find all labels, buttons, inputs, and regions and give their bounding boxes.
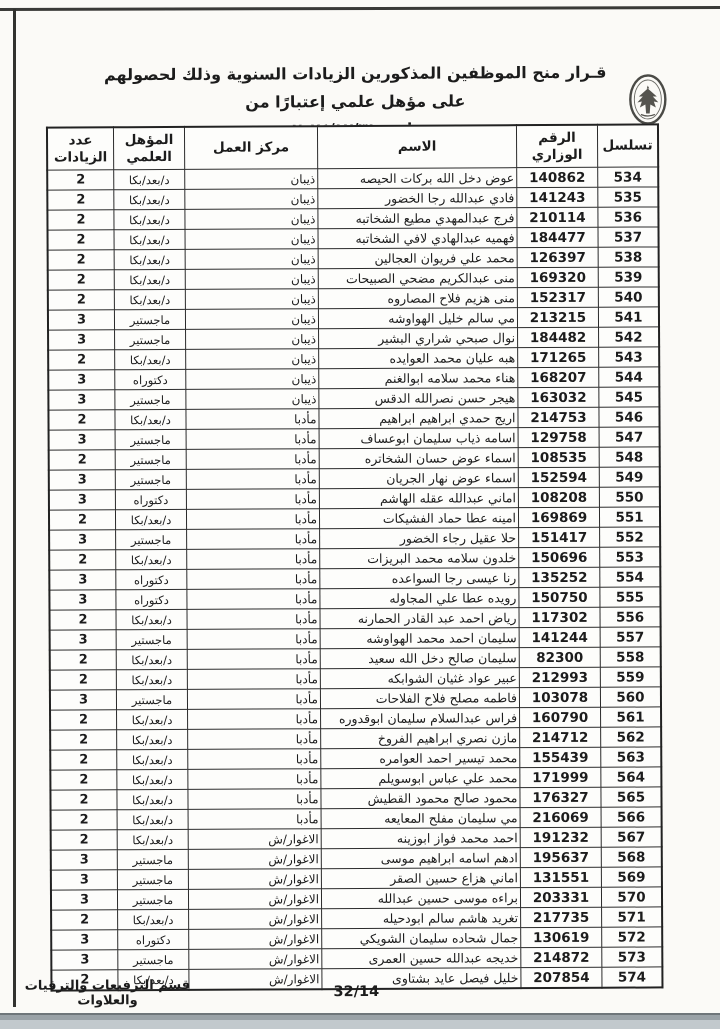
cell-serial: 552 [600,527,661,547]
cell-name: امينه عطا حماد الفشيكات [319,508,518,529]
cell-work-center: الاغوار/ش [188,889,321,910]
cell-serial: 551 [599,507,660,527]
cell-name: مي سالم خليل الهواوشه [318,308,517,329]
cell-qualification: ماجستير [115,449,186,469]
cell-name: محمد علي عباس ابوسويلم [321,768,520,789]
cell-ministry-number: 108208 [518,487,599,507]
cell-increments: 2 [48,290,115,310]
cell-work-center: ذيبان [185,189,318,210]
cell-work-center: مأدبا [186,409,319,430]
cell-work-center: مأدبا [188,749,321,770]
table-body: 534140862عوض دخل الله بركات الحيصهذيباند… [47,167,662,991]
cell-increments: 2 [50,770,117,790]
cell-work-center: مأدبا [186,449,319,470]
cell-serial: 572 [602,927,663,947]
cell-serial: 555 [600,587,661,607]
cell-increments: 3 [48,370,115,390]
cell-increments: 3 [49,430,116,450]
cell-ministry-number: 212993 [519,667,600,687]
cell-ministry-number: 171265 [518,347,599,367]
cell-name: هبه عليان محمد العوايده [319,348,518,369]
cell-serial: 550 [599,487,660,507]
cell-ministry-number: 160790 [520,707,601,727]
cell-name: مازن نصري ابراهيم الفروخ [321,728,520,749]
cell-name: خلدون سلامه محمد البريزات [320,548,519,569]
cell-ministry-number: 82300 [519,647,600,667]
cell-work-center: مأدبا [186,509,319,530]
cell-name: اماني هزاع حسين الصقر [321,868,520,889]
cell-ministry-number: 135252 [519,567,600,587]
cell-name: اريج حمدي ابراهيم ابراهيم [319,408,518,429]
cell-ministry-number: 184482 [518,327,599,347]
cell-qualification: د/بعد/بكا [114,229,185,249]
cell-serial: 560 [600,687,661,707]
cell-work-center: مأدبا [187,609,320,630]
cell-work-center: مأدبا [186,489,319,510]
cell-ministry-number: 151417 [519,527,600,547]
cell-work-center: الاغوار/ش [189,929,322,950]
cell-serial: 537 [598,227,659,247]
cell-qualification: ماجستير [117,849,188,869]
cell-serial: 540 [598,287,659,307]
cell-serial: 541 [598,307,659,327]
cell-serial: 545 [599,387,660,407]
cell-qualification: د/بعد/بكا [117,789,188,809]
cell-ministry-number: 214753 [518,407,599,427]
cell-increments: 3 [48,390,115,410]
cell-ministry-number: 152594 [518,467,599,487]
cell-increments: 3 [48,330,115,350]
cell-increments: 2 [47,210,114,230]
cell-qualification: دكتوراه [115,489,186,509]
column-header-serial: تسلسل [597,124,658,167]
cell-increments: 2 [48,250,115,270]
cell-name: رنا عيسى رجا السواعده [320,568,519,589]
cell-work-center: مأدبا [187,549,320,570]
cell-ministry-number: 191232 [520,827,601,847]
cell-name: محمود صالح محمود القطيش [321,788,520,809]
cell-qualification: ماجستير [114,309,185,329]
cell-qualification: د/بعد/بكا [114,169,185,189]
cell-serial: 565 [601,787,662,807]
cell-name: فهميه عبدالهادي لافي الشخاتبه [318,228,517,249]
cell-ministry-number: 203331 [520,887,601,907]
page-number: 32/14 [333,984,379,1000]
cell-ministry-number: 216069 [520,807,601,827]
cell-increments: 3 [50,690,117,710]
cell-name: هناء محمد سلامه ابوالغنم [319,368,518,389]
cell-serial: 571 [602,907,663,927]
cell-name: عوض دخل الله بركات الحيصه [318,168,517,189]
cell-name: فادي عبدالله رجا الخضور [318,188,517,209]
cell-serial: 548 [599,447,660,467]
cell-increments: 2 [51,910,118,930]
cell-serial: 536 [598,207,659,227]
cell-work-center: الاغوار/ش [188,849,321,870]
cell-serial: 549 [599,467,660,487]
cell-name: منى هزيم فلاح المصاروه [318,288,517,309]
cell-work-center: مأدبا [187,589,320,610]
cell-ministry-number: 103078 [519,687,600,707]
cell-work-center: الاغوار/ش [189,909,322,930]
cell-ministry-number: 130619 [521,927,602,947]
cell-ministry-number: 117302 [519,607,600,627]
cell-work-center: مأدبا [188,729,321,750]
cell-ministry-number: 155439 [520,747,601,767]
cell-serial: 564 [601,767,662,787]
table-header-row: تسلسل الرقم الوزاري الاسم مركز العمل الم… [47,124,658,170]
column-header-ministry-number: الرقم الوزاري [516,125,597,168]
cell-qualification: ماجستير [116,629,187,649]
cell-qualification: د/بعد/بكا [114,209,185,229]
cell-increments: 3 [51,950,118,970]
cell-qualification: ماجستير [118,949,189,969]
cell-work-center: مأدبا [187,529,320,550]
cell-qualification: دكتوراه [118,929,189,949]
cell-qualification: د/بعد/بكا [114,189,185,209]
cell-qualification: د/بعد/بكا [116,649,187,669]
cell-increments: 3 [51,870,118,890]
cell-qualification: د/بعد/بكا [117,709,188,729]
cell-qualification: د/بعد/بكا [115,349,186,369]
cell-qualification: د/بعد/بكا [115,409,186,429]
cell-work-center: الاغوار/ش [188,869,321,890]
column-header-name: الاسم [317,125,516,169]
department-label: قسم الترفيعات والترقيات والعلاوات [7,978,207,1009]
cell-work-center: مأدبا [187,689,320,710]
cell-serial: 546 [599,407,660,427]
document-title-line1: قـرار منح الموظفين المذكورين الزيادات ال… [93,59,618,118]
cell-ministry-number: 152317 [517,287,598,307]
cell-ministry-number: 195637 [520,847,601,867]
cell-qualification: ماجستير [117,889,188,909]
cell-ministry-number: 217735 [521,907,602,927]
cell-increments: 2 [48,270,115,290]
cell-serial: 574 [602,967,663,988]
cell-name: محمد علي فريوان العجالين [318,248,517,269]
cell-increments: 2 [47,170,114,190]
cell-work-center: مأدبا [186,429,319,450]
cell-name: خديجه عبدالله حسين العمرى [322,948,521,969]
scan-edge-bottom [0,1013,720,1029]
cell-increments: 2 [49,550,116,570]
cell-ministry-number: 214872 [521,947,602,967]
table-header: تسلسل الرقم الوزاري الاسم مركز العمل الم… [47,124,658,170]
cell-work-center: ذيبان [185,209,318,230]
cell-serial: 563 [601,747,662,767]
cell-serial: 542 [599,327,660,347]
cell-name: نوال صبحي شراري البشير [319,328,518,349]
cell-ministry-number: 108535 [518,447,599,467]
cell-work-center: ذيبان [185,169,318,190]
cell-serial: 544 [599,367,660,387]
cell-work-center: مأدبا [187,649,320,670]
cell-serial: 562 [601,727,662,747]
cell-name: ادهم اسامه ابراهيم موسى [321,848,520,869]
column-header-qualification: المؤهل العلمي [113,127,184,170]
cell-qualification: دكتوراه [116,589,187,609]
column-header-work-center: مركز العمل [184,126,317,169]
cell-work-center: مأدبا [188,789,321,810]
cell-increments: 2 [49,450,116,470]
cell-ministry-number: 126397 [517,247,598,267]
cell-name: مي سليمان مفلح المعايعه [321,808,520,829]
cell-ministry-number: 214712 [520,727,601,747]
cell-ministry-number: 140862 [517,167,598,187]
cell-name: رويده عطا علي المجاوله [320,588,519,609]
cell-ministry-number: 176327 [520,787,601,807]
cell-work-center: الاغوار/ش [189,949,322,970]
cell-name: براءه موسى حسين عبدالله [321,888,520,909]
cell-name: هيجر حسن نصرالله الدقس [319,388,518,409]
cell-work-center: مأدبا [188,769,321,790]
cell-qualification: د/بعد/بكا [114,249,185,269]
cell-work-center: ذيبان [185,229,318,250]
cell-name: فراس عبدالسلام سليمان ابوقدوره [321,708,520,729]
cell-serial: 567 [601,827,662,847]
cell-name: جمال شحاده سليمان الشويكي [322,928,521,949]
cell-qualification: د/بعد/بكا [117,769,188,789]
cell-ministry-number: 184477 [517,227,598,247]
cell-serial: 558 [600,647,661,667]
cell-ministry-number: 131551 [520,867,601,887]
cell-serial: 573 [602,947,663,967]
cell-work-center: ذيبان [186,369,319,390]
cell-increments: 2 [49,610,116,630]
cell-name: فرج عبدالمهدي مطيع الشخاتبه [318,208,517,229]
cell-increments: 2 [47,190,114,210]
cell-increments: 2 [50,650,117,670]
cell-ministry-number: 141243 [517,187,598,207]
cell-increments: 2 [48,230,115,250]
cell-ministry-number: 150750 [519,587,600,607]
cell-qualification: د/بعد/بكا [116,669,187,689]
cell-serial: 568 [601,847,662,867]
cell-qualification: دكتوراه [115,369,186,389]
cell-serial: 556 [600,607,661,627]
cell-serial: 554 [600,567,661,587]
cell-name: حلا عقيل رجاء الخضور [320,528,519,549]
cell-serial: 566 [601,807,662,827]
cell-ministry-number: 163032 [518,387,599,407]
cell-ministry-number: 210114 [517,207,598,227]
cell-qualification: د/بعد/بكا [114,269,185,289]
cell-work-center: مأدبا [187,629,320,650]
cell-work-center: مأدبا [187,569,320,590]
cell-name: اسامه ذياب سليمان ابوعساف [319,428,518,449]
cell-increments: 3 [49,470,116,490]
cell-name: رياض احمد عبد القادر الحمارنه [320,608,519,629]
cell-serial: 538 [598,247,659,267]
cell-work-center: ذيبان [186,389,319,410]
cell-increments: 3 [48,310,115,330]
cell-increments: 2 [48,350,115,370]
cell-increments: 2 [50,750,117,770]
cell-work-center: مأدبا [188,709,321,730]
cell-ministry-number: 150696 [519,547,600,567]
document-page: قـرار منح الموظفين المذكورين الزيادات ال… [0,0,720,1029]
cell-qualification: د/بعد/بكا [117,749,188,769]
cell-increments: 3 [49,570,116,590]
cell-serial: 559 [600,667,661,687]
cell-work-center: الاغوار/ش [188,829,321,850]
cell-qualification: د/بعد/بكا [116,549,187,569]
cell-serial: 570 [601,887,662,907]
cell-name: سليمان احمد محمد الهواوشه [320,628,519,649]
cell-ministry-number: 213215 [517,307,598,327]
cell-increments: 2 [50,710,117,730]
cell-work-center: مأدبا [186,469,319,490]
cell-serial: 535 [598,187,659,207]
cell-qualification: دكتوراه [116,569,187,589]
cell-name: اماني عبدالله عقله الهاشم [319,488,518,509]
cell-work-center: ذيبان [186,329,319,350]
cell-ministry-number: 207854 [521,967,602,988]
cell-name: سليمان صالح دخل الله سعيد [320,648,519,669]
cell-increments: 3 [49,490,116,510]
cell-qualification: ماجستير [116,689,187,709]
cell-name: احمد محمد فواز ابوزينه [321,828,520,849]
cell-increments: 2 [50,790,117,810]
cell-qualification: د/بعد/بكا [114,289,185,309]
cell-ministry-number: 141244 [519,627,600,647]
column-header-increments: عدد الزيادات [47,127,114,170]
cell-serial: 539 [598,267,659,287]
cell-increments: 2 [51,810,118,830]
cell-increments: 2 [51,830,118,850]
cell-serial: 534 [598,167,659,187]
cell-ministry-number: 129758 [518,427,599,447]
cell-work-center: مأدبا [188,809,321,830]
cell-qualification: د/بعد/بكا [117,809,188,829]
cell-increments: 3 [51,850,118,870]
cell-serial: 569 [601,867,662,887]
cell-increments: 2 [49,510,116,530]
cell-qualification: د/بعد/بكا [117,729,188,749]
cell-serial: 547 [599,427,660,447]
cell-name: منى عبدالكريم مضحي الصبيحات [318,268,517,289]
cell-work-center: مأدبا [187,669,320,690]
cell-increments: 3 [49,530,116,550]
cell-increments: 2 [48,410,115,430]
cell-qualification: ماجستير [116,529,187,549]
cell-work-center: ذيبان [185,249,318,270]
cell-name: اسماء عوض حسان الشخاتره [319,448,518,469]
increments-table: تسلسل الرقم الوزاري الاسم مركز العمل الم… [46,123,664,991]
cell-serial: 553 [600,547,661,567]
cell-increments: 3 [50,630,117,650]
cell-work-center: ذيبان [186,349,319,370]
cell-ministry-number: 169869 [518,507,599,527]
cell-name: محمد تيسير احمد العوامره [321,748,520,769]
cell-qualification: د/بعد/بكا [116,609,187,629]
cell-qualification: ماجستير [117,869,188,889]
cell-increments: 3 [51,890,118,910]
cell-ministry-number: 171999 [520,767,601,787]
jordan-emblem-icon [628,72,668,126]
cell-serial: 557 [600,627,661,647]
cell-work-center: ذيبان [185,289,318,310]
cell-ministry-number: 168207 [518,367,599,387]
cell-serial: 561 [601,707,662,727]
cell-work-center: ذيبان [185,309,318,330]
cell-qualification: ماجستير [115,329,186,349]
cell-qualification: ماجستير [115,429,186,449]
cell-name: عبير عواد غثيان الشوابكه [320,668,519,689]
cell-work-center: ذيبان [185,269,318,290]
cell-qualification: د/بعد/بكا [117,829,188,849]
cell-name: اسماء عوض نهار الجريان [319,468,518,489]
cell-qualification: د/بعد/بكا [115,509,186,529]
cell-increments: 2 [50,730,117,750]
cell-qualification: ماجستير [115,469,186,489]
cell-increments: 3 [51,930,118,950]
cell-ministry-number: 169320 [517,267,598,287]
cell-work-center: الاغوار/ش [189,969,322,990]
cell-name: فاطمه مصلح فلاح الفلاحات [320,688,519,709]
cell-qualification: د/بعد/بكا [118,909,189,929]
cell-name: تغريد هاشم سالم ابودحيله [322,908,521,929]
cell-increments: 3 [49,590,116,610]
cell-qualification: ماجستير [115,389,186,409]
cell-increments: 2 [50,670,117,690]
cell-serial: 543 [599,347,660,367]
